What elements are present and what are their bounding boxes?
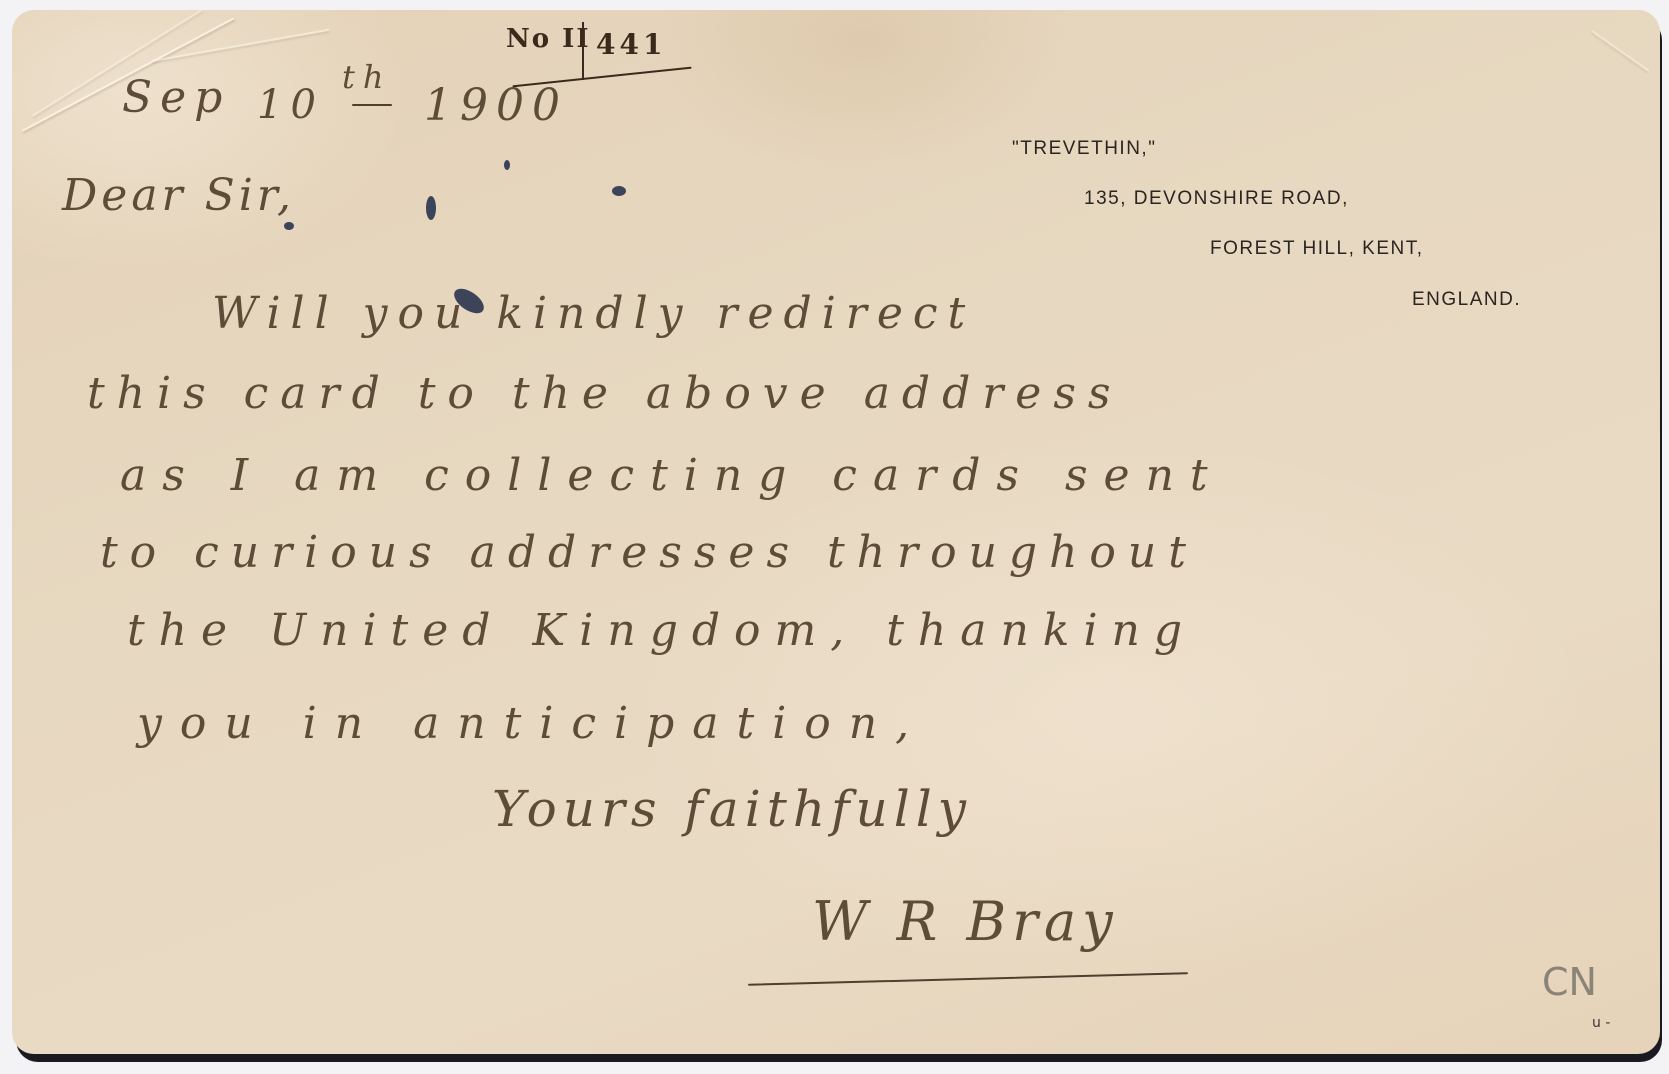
body-line: the United Kingdom, thanking (127, 605, 1196, 656)
pencil-small-mark: u - (1592, 1015, 1610, 1031)
reference-divider (582, 22, 584, 80)
reference-number-label: No II (506, 24, 590, 54)
date-month: Sep (122, 72, 230, 123)
letterhead-street: 135, DEVONSHIRE ROAD, (1084, 188, 1349, 210)
postcard: No II 441 Sep 10 th 1900 "TREVETHIN," 13… (12, 10, 1660, 1054)
ink-stain (284, 222, 294, 230)
letterhead-house-name: "TREVETHIN," (1012, 138, 1156, 160)
signature: W R Bray (812, 890, 1119, 953)
crease-mark (1591, 30, 1649, 72)
body-line: you in anticipation, (137, 698, 927, 749)
body-line: Will you kindly redirect (212, 288, 975, 339)
body-line: as I am collecting cards sent (120, 450, 1224, 501)
date-suffix: th (342, 58, 391, 96)
date-year: 1900 (424, 80, 568, 131)
date-day: 10 (257, 82, 324, 128)
body-line: this card to the above address (87, 368, 1123, 419)
salutation: Dear Sir, (62, 170, 295, 221)
signature-underline (748, 972, 1188, 986)
reference-number-value: 441 (596, 28, 666, 61)
ink-stain (612, 186, 626, 196)
letterhead-locality: FOREST HILL, KENT, (1210, 238, 1424, 260)
pencil-initials: CN (1542, 960, 1597, 1004)
letterhead-country: ENGLAND. (1412, 289, 1521, 311)
date-suffix-underline (352, 104, 392, 106)
closing: Yours faithfully (492, 780, 972, 838)
ink-stain (426, 196, 436, 220)
body-line: to curious addresses throughout (100, 527, 1198, 578)
ink-stain (504, 160, 510, 170)
